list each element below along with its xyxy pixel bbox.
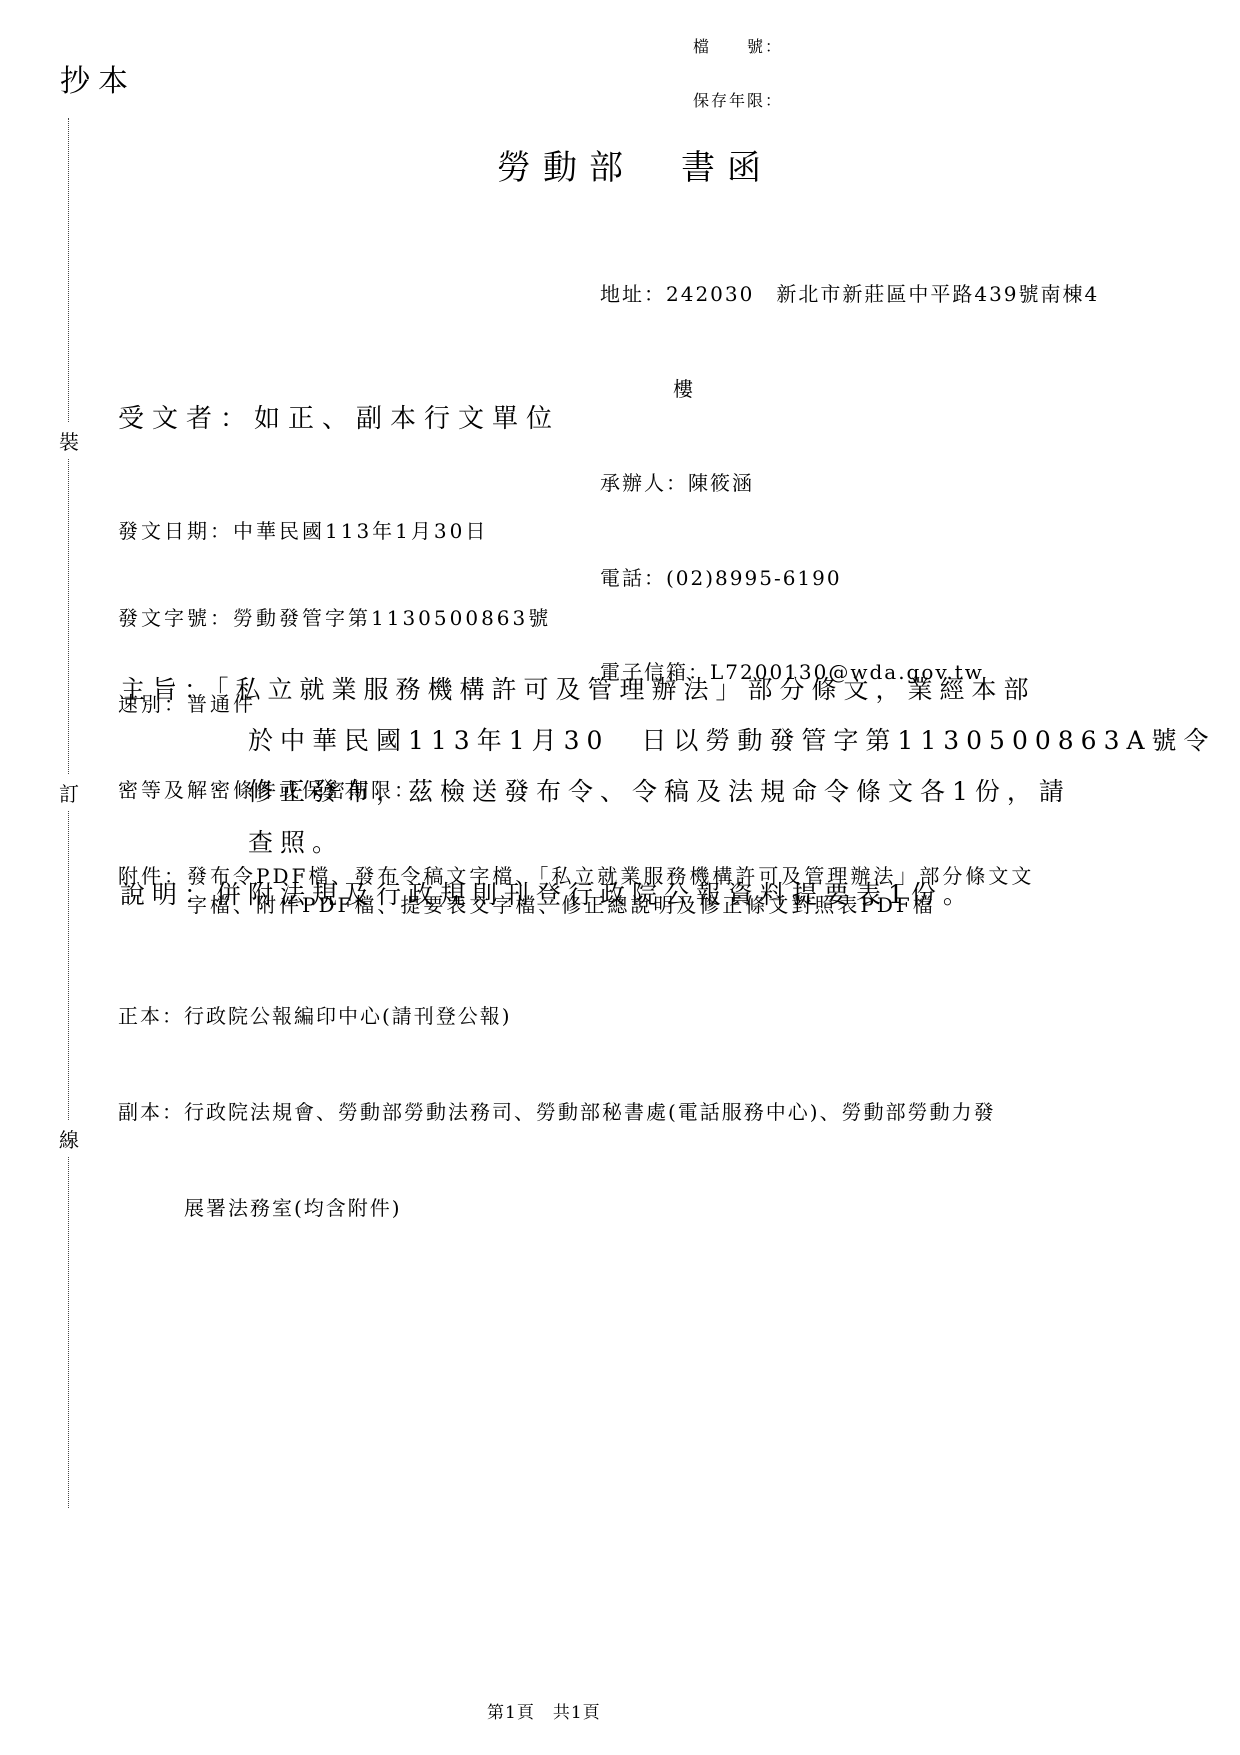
sender-address-line1: 地址：242030 新北市新莊區中平路439號南棟4 bbox=[600, 279, 1099, 311]
binding-mark-xian: 線 bbox=[57, 1120, 81, 1157]
binding-dotted-line bbox=[68, 118, 69, 1508]
subject-line-4: 查照。 bbox=[248, 823, 344, 859]
binding-mark-ding: 訂 bbox=[57, 774, 81, 811]
retention-period-label: 保存年限： bbox=[693, 88, 783, 111]
copy-recipients-line1: 副本：行政院法規會、勞動部勞動法務司、勞動部秘書處(電話服務中心)、勞動部勞動力… bbox=[118, 1096, 996, 1128]
subject-line-2: 於中華民國113年1月30 日以勞動發管字第1130500863A號令 bbox=[248, 721, 1216, 757]
distribution-block: 正本：行政院公報編印中心(請刊登公報) 副本：行政院法規會、勞動部勞動法務司、勞… bbox=[118, 936, 996, 1288]
subject-text-1: 「私立就業服務機構許可及管理辦法」部分條文，業經本部 bbox=[216, 675, 1036, 704]
file-number-label: 檔 號： bbox=[693, 34, 783, 57]
subject-line-3: 修正發布，茲檢送發布令、令稿及法規命令條文各1份，請 bbox=[248, 772, 1071, 808]
copy-stamp: 抄本 bbox=[60, 56, 136, 100]
binding-mark-zhuang: 裝 bbox=[57, 422, 81, 459]
document-title: 勞動部 書函 bbox=[497, 140, 773, 189]
official-document-page: 裝 訂 線 抄本 檔 號： 保存年限： 勞動部 書函 地址：242030 新北市… bbox=[0, 0, 1240, 1755]
issue-number: 發文字號：勞動發管字第1130500863號 bbox=[118, 604, 1034, 633]
subject-line-1: 主旨：「私立就業服務機構許可及管理辦法」部分條文，業經本部 bbox=[120, 670, 1036, 706]
subject-label: 主旨： bbox=[120, 675, 216, 704]
page-number-footer: 第1頁 共1頁 bbox=[487, 1698, 601, 1723]
sender-address-line2: 樓 bbox=[600, 374, 1099, 406]
original-recipient: 正本：行政院公報編印中心(請刊登公報) bbox=[118, 1000, 996, 1032]
issue-date: 發文日期：中華民國113年1月30日 bbox=[118, 517, 1034, 546]
copy-recipients-line2: 展署法務室(均含附件) bbox=[118, 1192, 996, 1224]
recipient-line: 受文者：如正、副本行文單位 bbox=[118, 398, 560, 435]
description-line: 說明：併附法規及行政規則刊登行政院公報資料提要表1份。 bbox=[120, 875, 975, 911]
